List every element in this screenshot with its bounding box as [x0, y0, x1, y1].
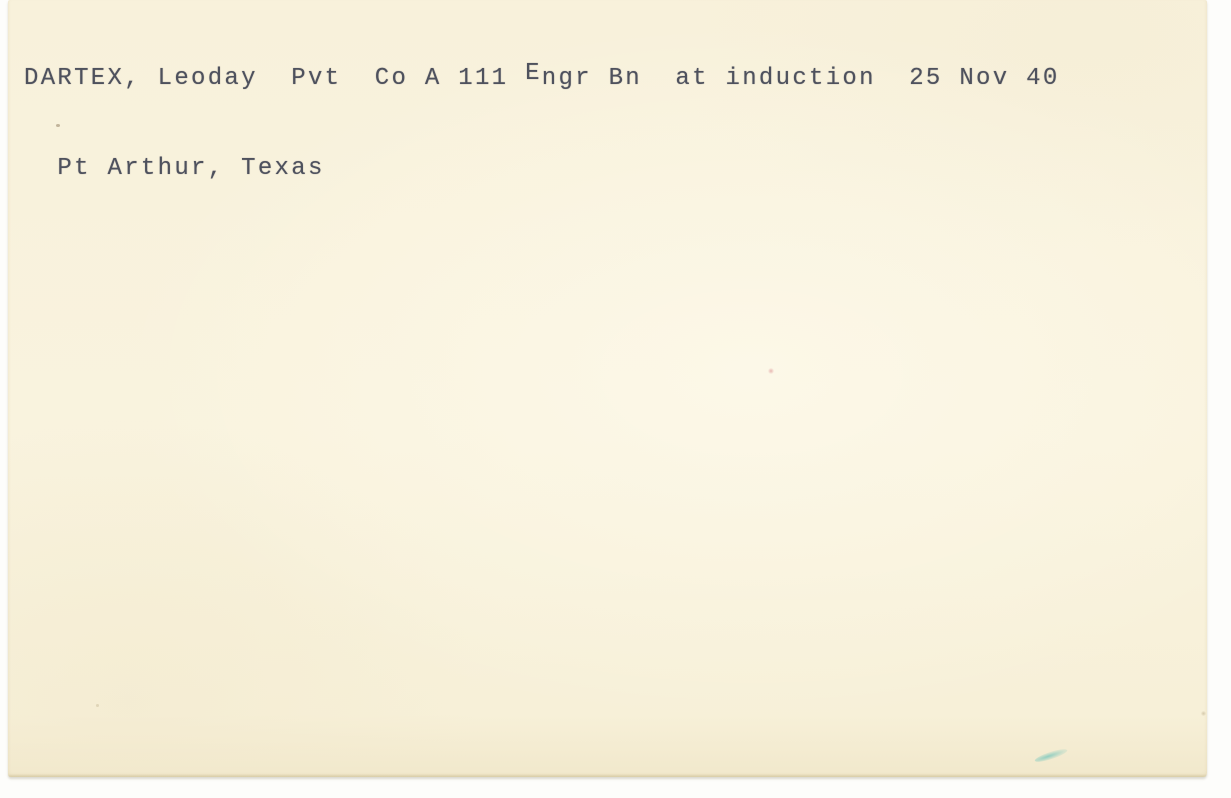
caption-line1-text-before: DARTEX, Leoday Pvt Co A 111 [24, 65, 525, 92]
pink-ink-speck [768, 368, 774, 374]
caption-line1-text-after: ngr Bn at induction 25 Nov 40 [542, 65, 1060, 92]
card-bottom-edge-shadow [8, 774, 1207, 777]
caption-line1-raised-letter: E [525, 60, 542, 87]
scanned-page: DARTEX, Leoday Pvt Co A 111 Engr Bn at i… [0, 0, 1231, 798]
caption-line-1: DARTEX, Leoday Pvt Co A 111 Engr Bn at i… [24, 64, 1060, 94]
teal-pencil-mark [1034, 747, 1068, 764]
index-card: DARTEX, Leoday Pvt Co A 111 Engr Bn at i… [8, 0, 1207, 777]
dust-speck [96, 704, 99, 707]
dust-speck [1201, 711, 1206, 716]
caption-line-2: Pt Arthur, Texas [24, 154, 1060, 184]
typewritten-caption: DARTEX, Leoday Pvt Co A 111 Engr Bn at i… [24, 4, 1060, 244]
